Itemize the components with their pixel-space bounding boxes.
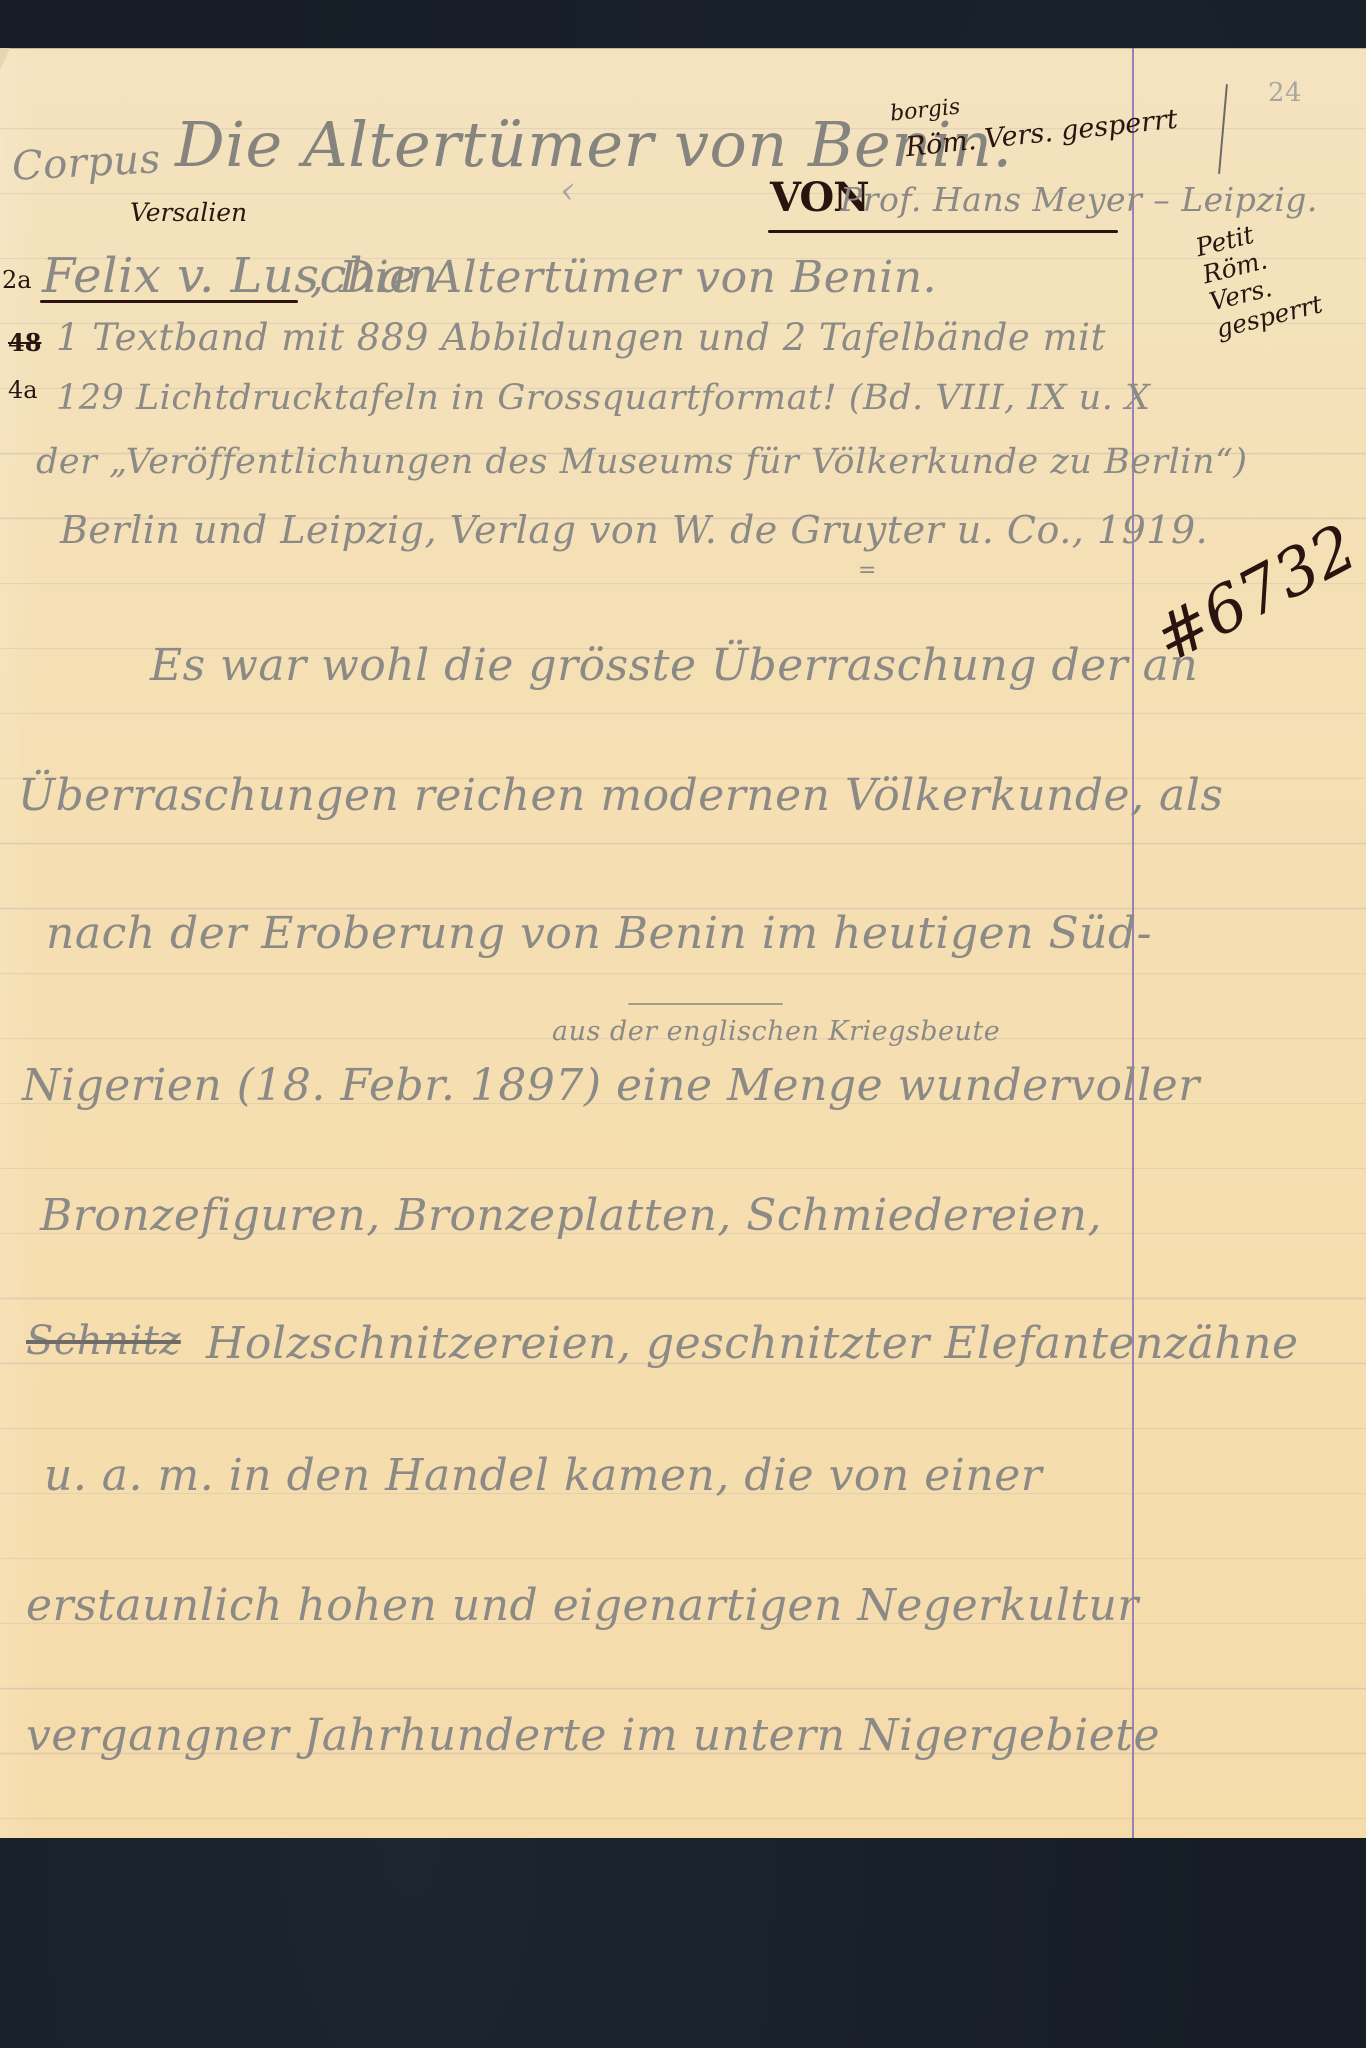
body-line-6: Holzschnitzereien, geschnitzter Elefante… <box>206 1318 1299 1369</box>
citation-author-underline <box>40 300 298 303</box>
body-line-4: Nigerien (18. Febr. 1897) eine Menge wun… <box>22 1060 1200 1111</box>
body-line-8: erstaunlich hohen und eigenartigen Neger… <box>26 1580 1139 1631</box>
margin-note-corpus: Corpus <box>11 136 162 190</box>
citation-title: , Die Altertümer von Benin. <box>310 252 937 303</box>
body-insertion: aus der englischen Kriegsbeute <box>552 1016 1000 1047</box>
body-line-3: nach der Eroberung von Benin im heutigen… <box>46 908 1152 959</box>
header-divider-stroke <box>1218 84 1228 174</box>
left-margin-number-2: 48 <box>8 328 41 357</box>
body-line-5: Bronzefiguren, Bronzeplatten, Schmiedere… <box>40 1190 1102 1241</box>
right-margin-note: Petit Röm. Vers. gesperrt <box>1193 208 1327 343</box>
benin-underline <box>628 1003 783 1005</box>
citation-line-4: der „Veröffentlichungen des Museums für … <box>36 442 1248 482</box>
citation-line-2: 1 Textband mit 889 Abbildungen und 2 Taf… <box>56 316 1106 359</box>
body-line-1: Es war wohl die grösste Überraschung der… <box>150 640 1198 691</box>
left-margin-number-3: 4a <box>8 376 38 404</box>
body-line-7: u. a. m. in den Handel kamen, die von ei… <box>44 1450 1042 1501</box>
citation-line-5: Berlin und Leipzig, Verlag von W. de Gru… <box>60 508 1208 552</box>
author-name: Prof. Hans Meyer – Leipzig. <box>840 180 1318 219</box>
pencil-arrow: ‹ <box>560 168 576 212</box>
author-underline <box>768 230 1118 233</box>
left-margin-number-1: 2a <box>2 266 32 294</box>
editor-annotation-versalien: Versalien <box>130 198 247 227</box>
double-underline-mark: = <box>858 558 877 583</box>
paper-corner <box>0 48 10 70</box>
manuscript-page: Corpus Die Altertümer von Benin. borgis … <box>0 48 1366 1838</box>
struck-word: Schnitz <box>26 1318 181 1364</box>
page-number: 24 <box>1268 78 1302 108</box>
document-title: Die Altertümer von Benin. <box>175 108 1013 181</box>
body-line-9: vergangner Jahrhunderte im untern Nigerg… <box>26 1710 1160 1761</box>
citation-line-3: 129 Lichtdrucktafeln in Grossquartformat… <box>56 378 1150 418</box>
body-line-2: Überraschungen reichen modernen Völkerku… <box>18 770 1223 821</box>
